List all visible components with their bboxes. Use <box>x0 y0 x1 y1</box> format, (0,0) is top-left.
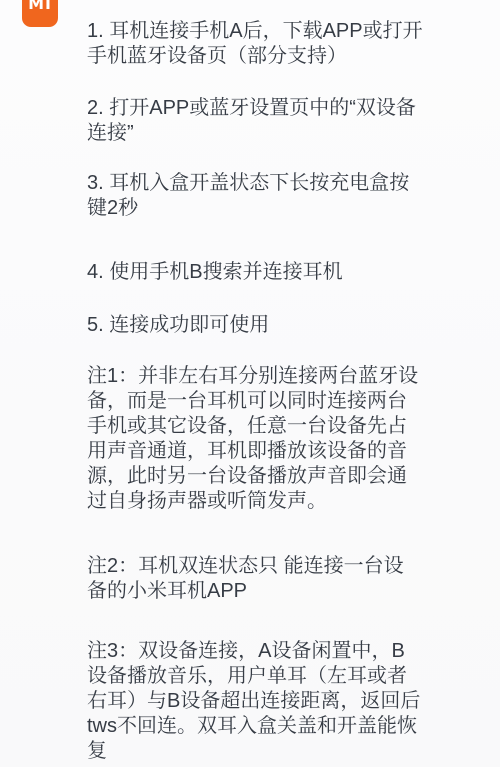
step-1-text: 1. 耳机连接手机A后，下载APP或打开 手机蓝牙设备页（部分支持） <box>87 19 459 69</box>
note-2-text: 注2：耳机双连状态只 能连接一台设 备的小米耳机APP <box>87 554 459 604</box>
xiaomi-logo-icon: MI <box>22 0 58 27</box>
step-4-text: 4. 使用手机B搜索并连接耳机 <box>87 260 459 285</box>
step-3-text: 3. 耳机入盒开盖状态下长按充电盒按 键2秒 <box>87 171 459 221</box>
step-2-text: 2. 打开APP或蓝牙设置页中的“双设备 连接” <box>87 96 459 146</box>
note-3-text: 注3：双设备连接，A设备闲置中，B 设备播放音乐，用户单耳（左耳或者 右耳）与B… <box>87 639 459 764</box>
instructions-text-block: 1. 耳机连接手机A后，下载APP或打开 手机蓝牙设备页（部分支持） 2. 打开… <box>87 0 459 764</box>
note-1-text: 注1：并非左右耳分别连接两台蓝牙设 备，而是一台耳机可以同时连接两台 手机或其它… <box>87 364 459 514</box>
xiaomi-logo-text: MI <box>22 0 58 13</box>
step-5-text: 5. 连接成功即可使用 <box>87 313 459 338</box>
earbuds-dual-connection-help-page: MI 1. 耳机连接手机A后，下载APP或打开 手机蓝牙设备页（部分支持） 2.… <box>0 0 500 767</box>
